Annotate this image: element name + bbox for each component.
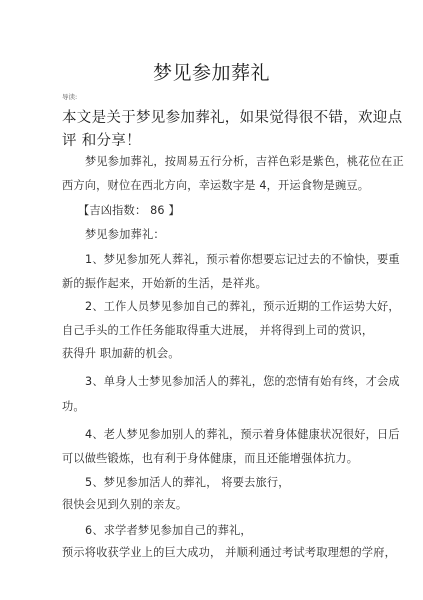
item-2-line-1: 2、工作人员梦见参加自己的葬礼，预示近期的工作运势大好， — [85, 301, 400, 312]
item-6-line-1: 6、求学者梦见参加自己的葬礼， — [85, 525, 252, 536]
item-5-line-2: 很快会见到久别的亲友。 — [62, 499, 187, 510]
item-4-line-2: 可以做些锻炼，也有利于身体健康，而且还能增强体抗力。 — [62, 453, 358, 464]
item-2-line-2: 自己手头的工作任务能取得重大进展， 并将得到上司的赏识， — [62, 325, 373, 336]
guide-label: 导读: — [62, 94, 77, 101]
document-page: 梦见参加葬礼 导读: 本文是关于梦见参加葬礼，如果觉得很不错，欢迎点 评 和分享… — [0, 0, 423, 600]
section-heading: 梦见参加葬礼： — [85, 229, 165, 240]
item-1-line-2: 新的振作起来，开始新的生活，是祥兆。 — [62, 278, 267, 289]
page-title: 梦见参加葬礼 — [0, 64, 423, 83]
item-3-line-2: 功。 — [62, 401, 85, 412]
intro-line-1: 本文是关于梦见参加葬礼，如果觉得很不错，欢迎点 — [62, 111, 402, 126]
summary-line-1: 梦见参加葬礼，按周易五行分析，吉祥色彩是紫色，桃花位在正 — [85, 156, 404, 167]
item-1-line-1: 1、梦见参加死人葬礼，预示着你想要忘记过去的不愉快，要重 — [85, 254, 400, 265]
item-5-line-1: 5、梦见参加活人的葬礼， 将要去旅行， — [85, 477, 290, 488]
item-6-line-2: 预示将收获学业上的巨大成功， 并顺利通过考试考取理想的学府， — [62, 547, 396, 558]
fortune-index: 【吉凶指数： 86 】 — [78, 205, 180, 216]
item-3-line-1: 3、单身人士梦见参加活人的葬礼，您的恋情有始有终，才会成 — [85, 376, 400, 387]
summary-line-2: 西方向，财位在西北方向，幸运数字是 4，开运食物是豌豆。 — [62, 180, 369, 191]
item-2-line-3: 获得升 职加薪的机会。 — [62, 348, 180, 359]
intro-line-2: 评 和分享！ — [62, 134, 141, 149]
item-4-line-1: 4、老人梦见参加别人的葬礼，预示着身体健康状况很好，日后 — [85, 429, 400, 440]
